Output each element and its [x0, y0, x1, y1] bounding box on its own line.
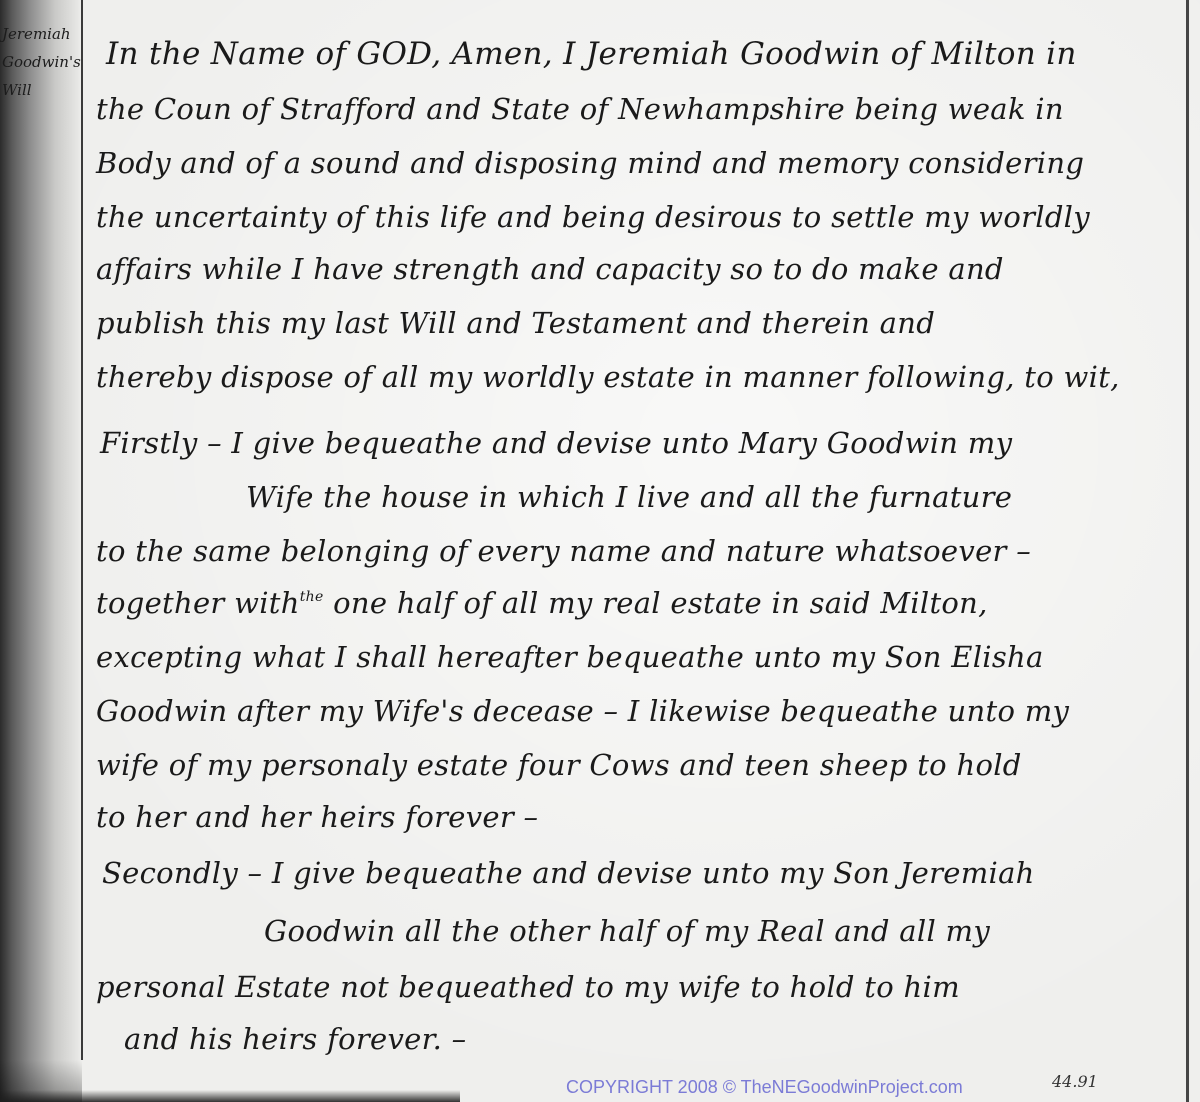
page-mark: 44.91	[1052, 1072, 1098, 1091]
right-margin-rule	[1186, 0, 1189, 1102]
text-line: thereby dispose of all my worldly estate…	[96, 360, 1120, 394]
text-line: Wife the house in which I live and all t…	[246, 480, 1012, 514]
text-line: to her and her heirs forever –	[96, 800, 538, 834]
page-bottom-edge	[0, 1090, 460, 1102]
text-line: personal Estate not bequeathed to my wif…	[96, 970, 960, 1004]
text-fragment: together with	[96, 586, 300, 620]
left-margin-rule	[81, 0, 83, 1060]
text-line: Goodwin all the other half of my Real an…	[264, 914, 990, 948]
text-line: together withthe one half of all my real…	[96, 586, 988, 620]
text-line: the Coun of Strafford and State of Newha…	[96, 92, 1064, 126]
margin-note-line: Jeremiah	[2, 20, 80, 48]
copyright-watermark: COPYRIGHT 2008 © TheNEGoodwinProject.com	[566, 1077, 963, 1098]
margin-note: Jeremiah Goodwin's Will	[2, 20, 80, 104]
text-line: publish this my last Will and Testament …	[96, 306, 935, 340]
text-line-firstly: Firstly – I give bequeathe and devise un…	[100, 426, 1012, 460]
text-line: Goodwin after my Wife's decease – I like…	[96, 694, 1069, 728]
document-page: Jeremiah Goodwin's Will In the Name of G…	[0, 0, 1200, 1102]
interlineation: the	[300, 589, 324, 605]
margin-note-line: Goodwin's	[2, 48, 80, 76]
text-line-secondly: Secondly – I give bequeathe and devise u…	[102, 856, 1035, 890]
text-line: affairs while I have strength and capaci…	[96, 252, 1004, 286]
text-line: excepting what I shall hereafter bequeat…	[96, 640, 1044, 674]
text-line: wife of my personaly estate four Cows an…	[96, 748, 1022, 782]
margin-note-line: Will	[2, 76, 80, 104]
text-line: and his heirs forever. –	[124, 1022, 466, 1056]
text-fragment: one half of all my real estate in said M…	[333, 586, 988, 620]
text-line: Body and of a sound and disposing mind a…	[96, 146, 1084, 180]
text-line: to the same belonging of every name and …	[96, 534, 1031, 568]
binding-gutter-shadow	[0, 0, 82, 1102]
text-line: the uncertainty of this life and being d…	[96, 200, 1090, 234]
text-line: In the Name of GOD, Amen, I Jeremiah Goo…	[106, 36, 1077, 72]
